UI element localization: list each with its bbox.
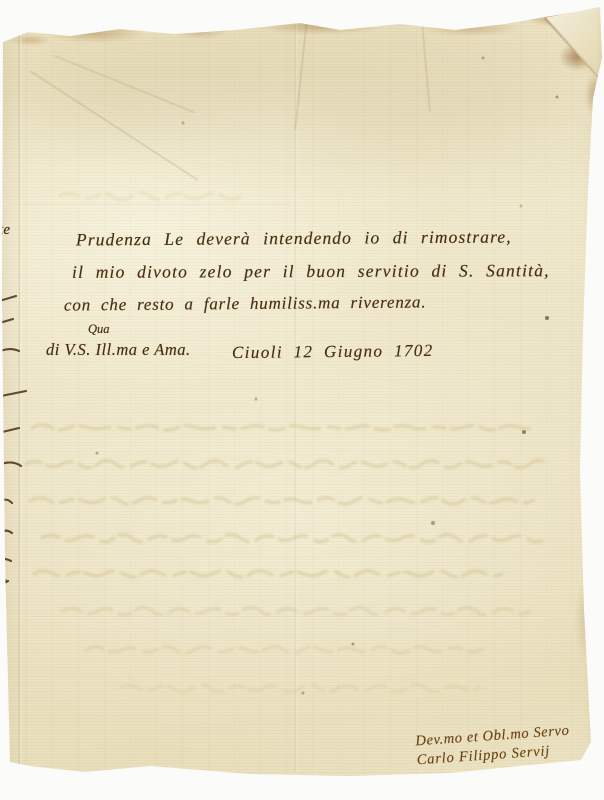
corner-fold-crease (544, 17, 603, 82)
laid-paper-texture (0, 0, 604, 800)
horizontal-crease (30, 616, 550, 618)
edge-stains (0, 0, 604, 800)
closing-superscript: Qua (88, 322, 110, 337)
body-line-1: Prudenza Le deverà intendendo io di rimo… (76, 226, 512, 250)
horizontal-crease (10, 204, 290, 206)
manuscript-page: tte Prudenza Le deverà intendendo io di … (0, 0, 604, 800)
dog-eared-corner (540, 0, 604, 90)
body-line-2: il mio divoto zelo per il buon servitio … (72, 260, 550, 283)
bleedthrough-writing (0, 0, 604, 800)
crumple-crease (29, 70, 198, 181)
fold-crease-left (18, 30, 22, 770)
closing-formula: di V.S. Ill.ma e Ama. (46, 340, 191, 360)
crumple-crease (55, 55, 195, 113)
ink-specks (0, 0, 2, 2)
manuscript-scan: tte Prudenza Le deverà intendendo io di … (0, 0, 604, 800)
margin-text-fragment: tte (0, 222, 10, 239)
signature-block: Dev.mo et Obl.mo Servo Carlo Filippo Ser… (415, 722, 572, 771)
fold-crease-center (294, 22, 298, 772)
place-date-line: Ciuoli 12 Giugno 1702 (232, 341, 434, 363)
body-line-3: con che resto a farle humiliss.ma rivere… (64, 292, 427, 315)
crumple-crease (294, 20, 307, 130)
crumple-crease (421, 22, 431, 112)
margin-pen-strokes (0, 0, 604, 800)
